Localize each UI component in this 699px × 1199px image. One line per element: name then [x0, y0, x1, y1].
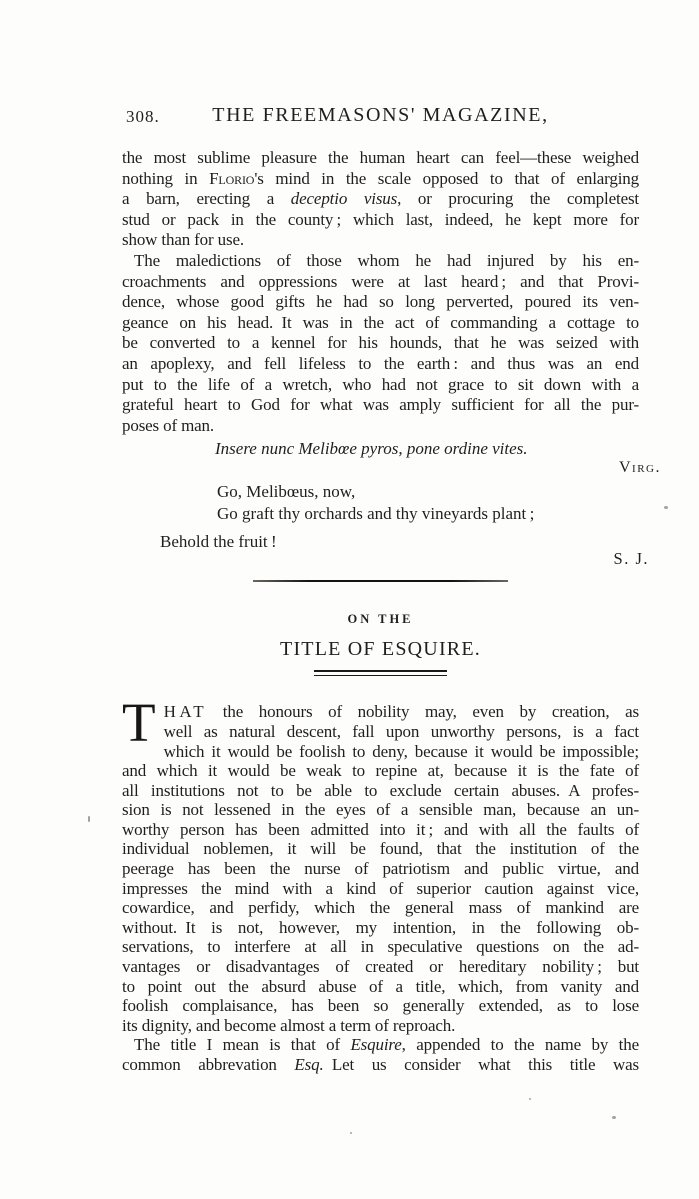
quote-attribution: Virg.: [122, 459, 661, 477]
author-initials: S. J.: [122, 550, 649, 568]
page-number: 308.: [126, 107, 160, 127]
essay-body: T HAT the honours of nobility may, even …: [122, 702, 639, 1074]
text-line: servations, to interfere at all in specu…: [122, 937, 639, 957]
text-line: without. It is not, however, my intentio…: [122, 918, 639, 938]
text-line: all institutions not to be able to exclu…: [122, 781, 639, 801]
verse-line: Go graft thy orchards and thy vineyards …: [217, 503, 639, 525]
text-line: and which it would be weak to repine at,…: [122, 761, 639, 781]
scan-speck: [88, 816, 90, 822]
verse-line: Go, Melibœus, now,: [217, 481, 639, 503]
text-line: be converted to a kennel for his hounds,…: [122, 333, 639, 354]
text-line: foolish complaisance, has been so genera…: [122, 996, 639, 1016]
essay-heading: ON THE TITLE OF ESQUIRE.: [122, 612, 639, 676]
scan-speck: [350, 1132, 352, 1134]
text-line: poses of man.: [122, 416, 639, 437]
text-line: sion is not lessened in the eyes of a se…: [122, 800, 639, 820]
text-line: show than for use.: [122, 230, 639, 251]
paragraph-essay-1: T HAT the honours of nobility may, even …: [122, 702, 639, 1035]
text-line: well as natural descent, fall upon unwor…: [122, 722, 639, 742]
paragraph-florio-1: the most sublime pleasure the human hear…: [122, 148, 639, 251]
text-line: the most sublime pleasure the human hear…: [122, 148, 639, 169]
latin-quote-line: Insere nunc Melibœe pyros, pone ordine v…: [122, 438, 639, 459]
text-line: a barn, erecting a deceptio visus, or pr…: [122, 189, 639, 210]
text-line: vantages or disadvantages of created or …: [122, 957, 639, 977]
text-line: The title I mean is that of Esquire, app…: [122, 1035, 639, 1055]
essay-pretitle: ON THE: [122, 612, 639, 626]
text-line: HAT the honours of nobility may, even by…: [122, 702, 639, 722]
text-line: dence, whose good gifts he had so long p…: [122, 292, 639, 313]
journal-title: THE FREEMASONS' MAGAZINE,: [122, 104, 639, 127]
paragraph-florio-2: The maledictions of those whom he had in…: [122, 251, 639, 436]
magazine-page: 308. THE FREEMASONS' MAGAZINE, the most …: [0, 0, 699, 1199]
text-line: which it would be foolish to deny, becau…: [122, 742, 639, 762]
scan-speck: [612, 1116, 616, 1119]
text-line: worthy person has been admitted into it …: [122, 820, 639, 840]
text-line: put to the life of a wretch, who had not…: [122, 375, 639, 396]
drop-cap: T: [122, 703, 156, 742]
paragraph-essay-1-lines: HAT the honours of nobility may, even by…: [122, 702, 639, 1035]
text-line: individual noblemen, it will be found, t…: [122, 839, 639, 859]
quote-closing-line: Behold the fruit !: [122, 531, 639, 552]
essay-title: TITLE OF ESQUIRE.: [122, 638, 639, 660]
text-line: croachments and oppressions were at last…: [122, 272, 639, 293]
text-line: cowardice, and perfidy, which the genera…: [122, 898, 639, 918]
scan-speck: [664, 506, 668, 509]
page-content: 308. THE FREEMASONS' MAGAZINE, the most …: [122, 104, 639, 1075]
title-rule: [314, 670, 447, 676]
text-line: common abbrevation Esq. Let us consider …: [122, 1055, 639, 1075]
text-line: its dignity, and become almost a term of…: [122, 1016, 639, 1036]
article-conclusion: the most sublime pleasure the human hear…: [122, 148, 639, 582]
scan-speck: [529, 1098, 531, 1100]
text-line: nothing in Florio's mind in the scale op…: [122, 169, 639, 190]
text-line: peerage has been the nurse of patriotism…: [122, 859, 639, 879]
text-line: The maledictions of those whom he had in…: [122, 251, 639, 272]
verse-translation: Go, Melibœus, now,Go graft thy orchards …: [122, 481, 639, 525]
text-line: geance on his head. It was in the act of…: [122, 313, 639, 334]
text-line: impresses the mind with a kind of superi…: [122, 879, 639, 899]
virgil-quotation: Insere nunc Melibœe pyros, pone ordine v…: [122, 438, 639, 568]
paragraph-essay-2: The title I mean is that of Esquire, app…: [122, 1035, 639, 1074]
text-line: an apoplexy, and fell lifeless to the ea…: [122, 354, 639, 375]
text-line: stud or pack in the county ; which last,…: [122, 210, 639, 231]
section-divider-rule: [253, 580, 508, 582]
text-line: to point out the absurd abuse of a title…: [122, 977, 639, 997]
running-header: 308. THE FREEMASONS' MAGAZINE,: [122, 104, 639, 130]
text-line: grateful heart to God for what was amply…: [122, 395, 639, 416]
